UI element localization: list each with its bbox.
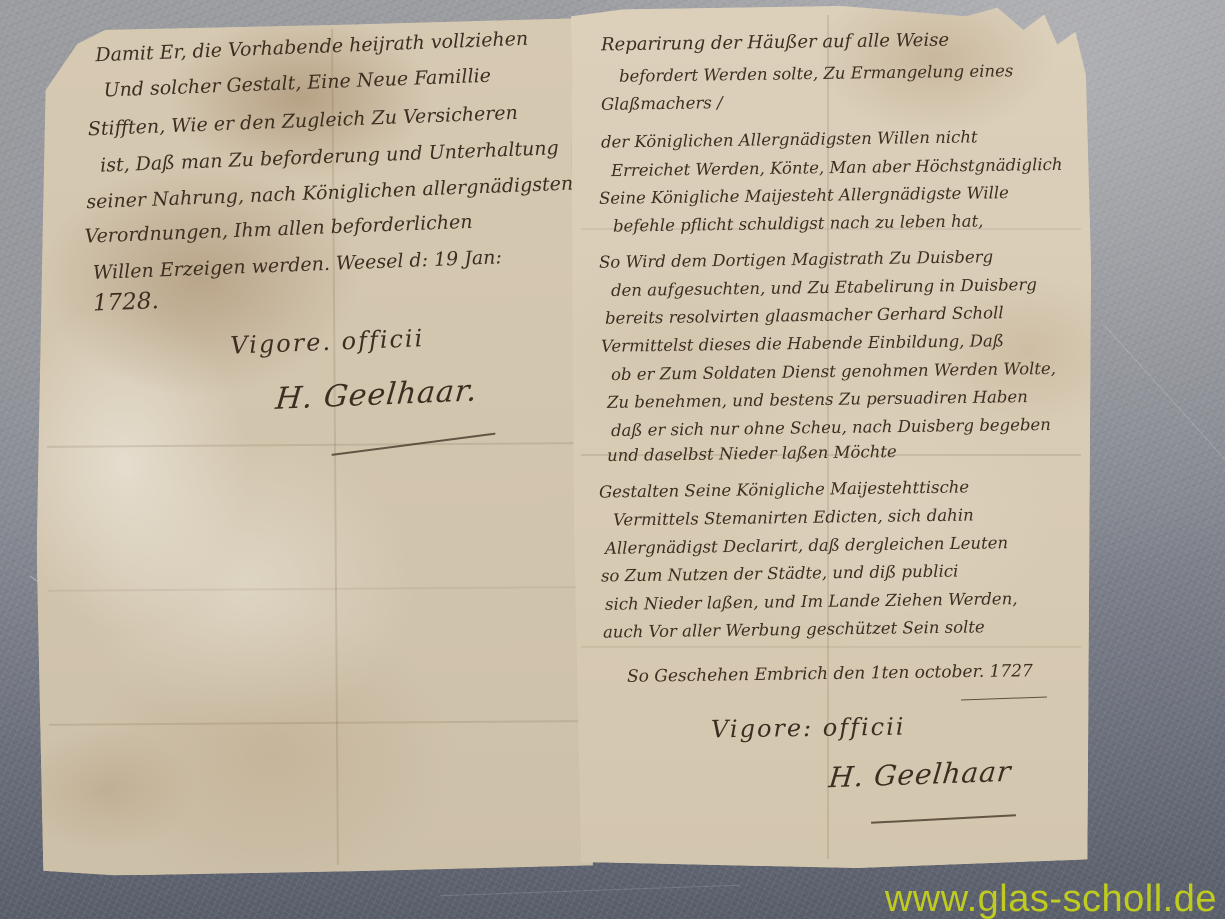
manuscript-line: ist, Daß man Zu beforderung und Unterhal… (100, 137, 559, 177)
signature: H. Geelhaar. (274, 373, 479, 417)
manuscript-line: Damit Er, die Vorhabende heijrath vollzi… (95, 28, 529, 67)
closing-formula: Vigore: officii (711, 713, 906, 744)
manuscript-year: 1728. (93, 288, 160, 317)
manuscript-line: so Zum Nutzen der Städte, und diß public… (601, 562, 959, 586)
manuscript-line: Glaßmachers / (601, 93, 723, 114)
manuscript-line: Verordnungen, Ihm allen beforderlichen (84, 211, 473, 248)
manuscript-line: Willen Erzeigen werden. Weesel d: 19 Jan… (92, 246, 502, 284)
manuscript-line: Zu benehmen, und bestens Zu persuadiren … (607, 387, 1028, 412)
manuscript-line: sich Nieder laßen, und Im Lande Ziehen W… (605, 589, 1018, 614)
fold-crease (47, 442, 579, 448)
manuscript-line: Seine Königliche Maijesteht Allergnädigs… (599, 183, 1009, 208)
manuscript-line: So Wird dem Dortigen Magistrath Zu Duisb… (599, 247, 993, 272)
place-date-line: So Geschehen Embrich den 1ten october. 1… (627, 661, 1033, 687)
closing-formula: Vigore. officii (230, 324, 425, 359)
manuscript-line: Vermittels Stemanirten Edicten, sich dah… (613, 505, 974, 529)
fold-crease (49, 720, 581, 726)
fold-crease (48, 586, 580, 592)
manuscript-line: Und solcher Gestalt, Eine Neue Famillie (103, 65, 491, 102)
manuscript-line: auch Vor aller Werbung geschützet Sein s… (603, 617, 985, 641)
manuscript-line: und daselbst Nieder laßen Möchte (607, 442, 897, 465)
fold-crease (581, 646, 1080, 648)
manuscript-line: ob er Zum Soldaten Dienst genohmen Werde… (611, 359, 1056, 384)
date-underline (961, 696, 1047, 700)
manuscript-line: Vermittelst dieses die Habende Einbildun… (601, 331, 1004, 356)
manuscript-page-left: Damit Er, die Vorhabende heijrath vollzi… (33, 18, 593, 876)
manuscript-page-right: Reparirung der Häußer auf alle Weise bef… (571, 6, 1091, 868)
manuscript-line: befordert Werden solte, Zu Ermangelung e… (619, 61, 1014, 86)
manuscript-line: Reparirung der Häußer auf alle Weise (601, 30, 949, 56)
manuscript-line: Erreichet Werden, Könte, Man aber Höchst… (611, 155, 1063, 180)
manuscript-line: Stifften, Wie er den Zugleich Zu Versich… (87, 102, 518, 140)
signature: H. Geelhaar (827, 755, 1013, 795)
watermark-url: www.glas-scholl.de (885, 878, 1217, 919)
manuscript-line: den aufgesuchten, und Zu Etabelirung in … (611, 275, 1037, 300)
manuscript-line: Gestalten Seine Königliche Maijestehttis… (599, 477, 969, 501)
manuscript-line: seiner Nahrung, nach Königlichen allergn… (86, 173, 574, 214)
manuscript-line: Allergnädigst Declarirt, daß dergleichen… (605, 533, 1008, 558)
manuscript-line: daß er sich nur ohne Scheu, nach Duisber… (611, 415, 1051, 440)
manuscript-line: der Königlichen Allergnädigsten Willen n… (601, 127, 978, 151)
signature-flourish (871, 814, 1016, 824)
manuscript-line: befehle pflicht schuldigst nach zu leben… (613, 211, 984, 235)
manuscript-line: bereits resolvirten glaasmacher Gerhard … (605, 303, 1004, 328)
